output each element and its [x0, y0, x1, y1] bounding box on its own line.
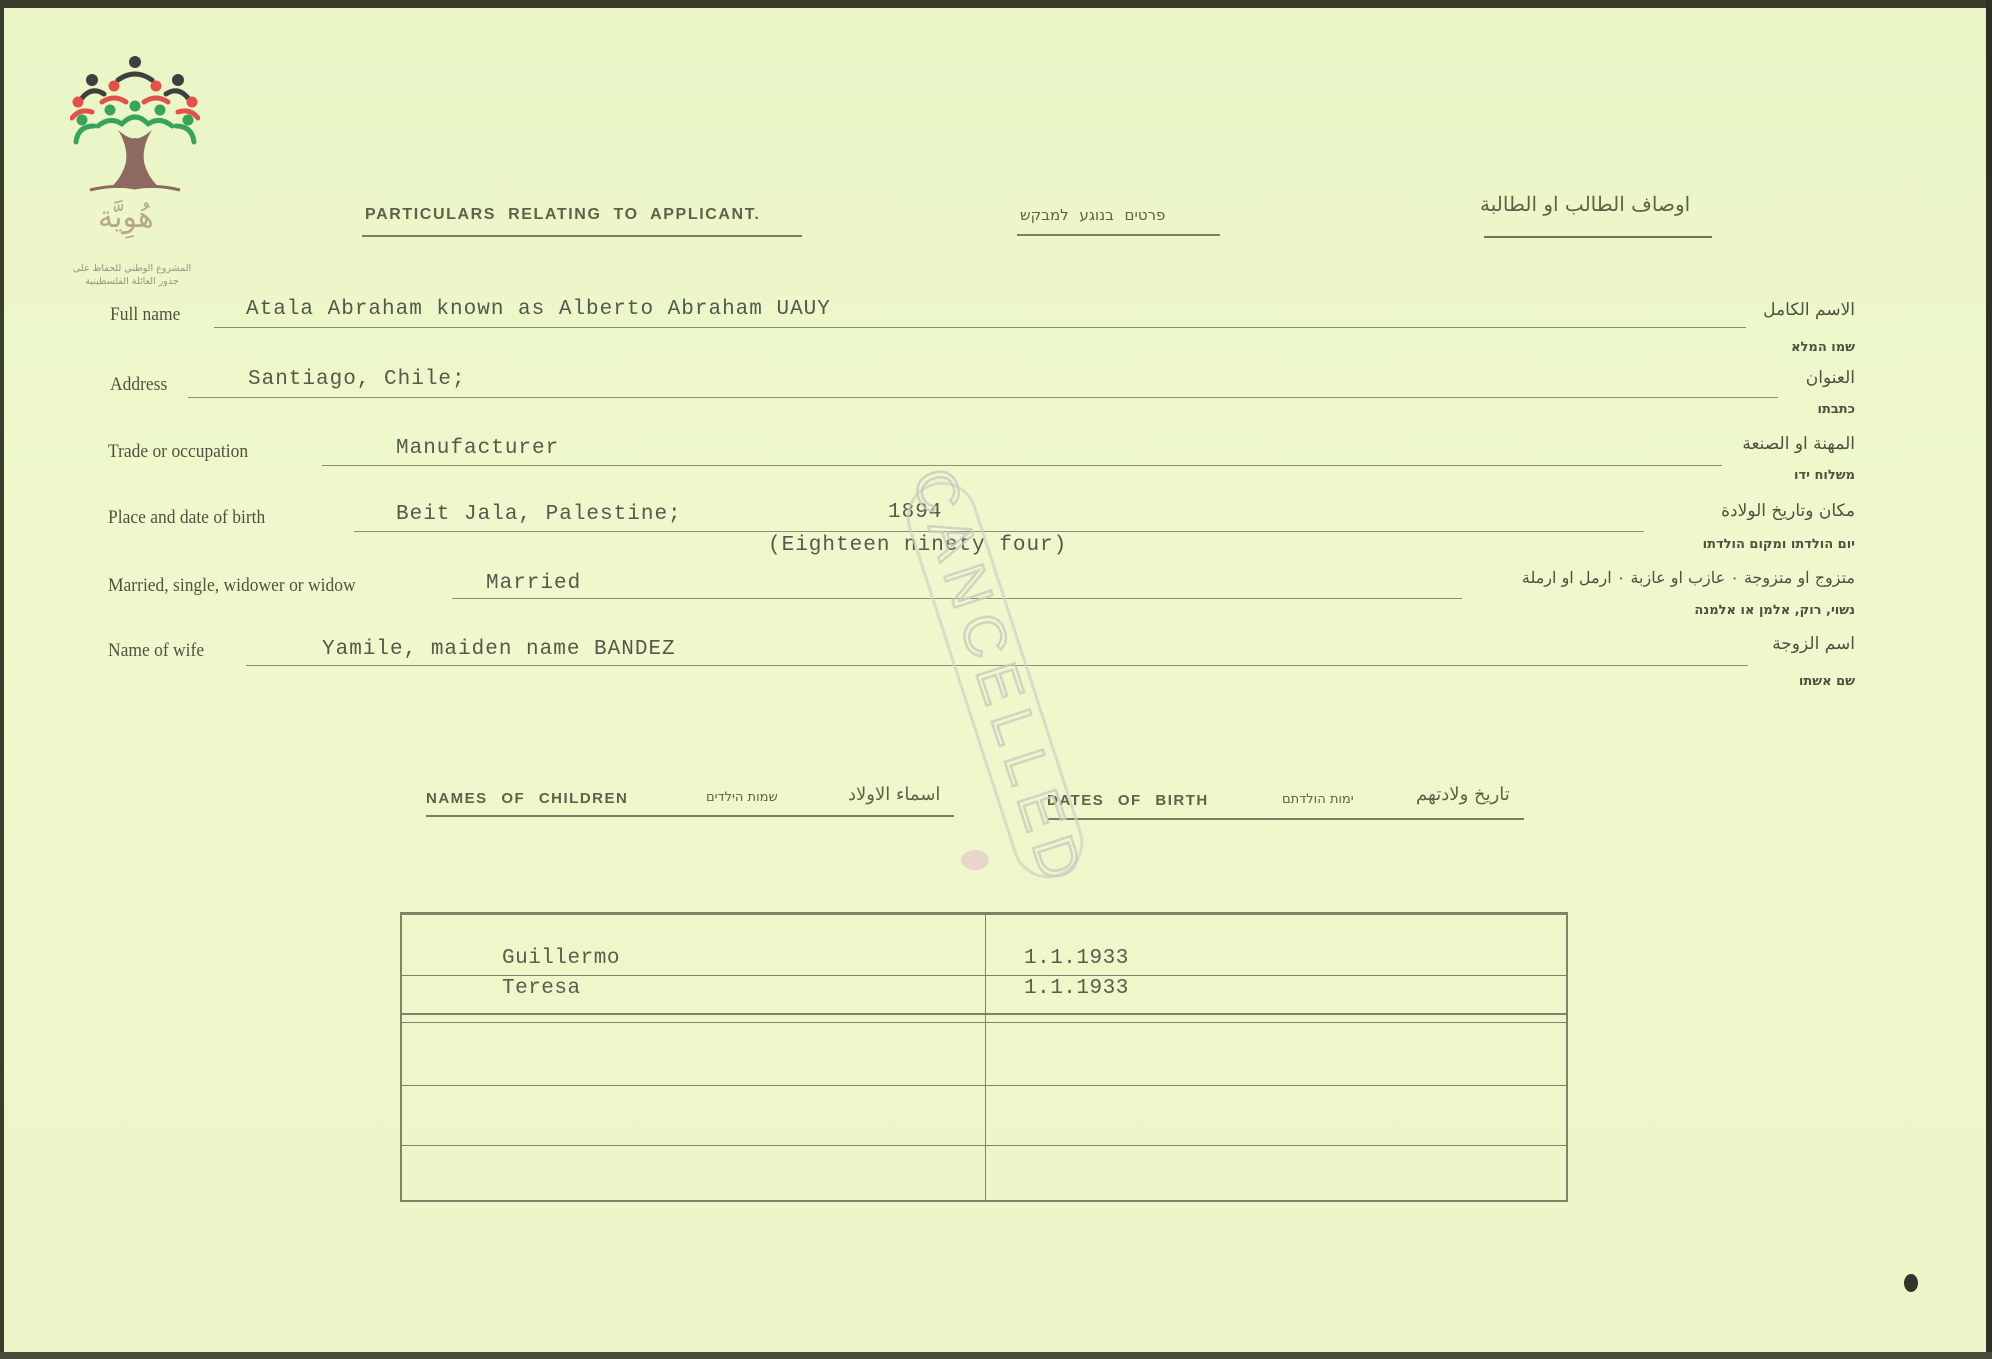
- marital-value: Married: [486, 572, 581, 595]
- marital-label-ar: متزوج او متزوجة ٠ عازب او عازبة ٠ ارمل ا…: [1430, 568, 1855, 587]
- marital-label: Married, single, widower or widow: [108, 575, 356, 597]
- ink-spot: [1904, 1274, 1918, 1292]
- table-row-divider: [402, 1013, 1566, 1015]
- names-of-children-header: NAMES OF CHILDREN: [426, 790, 628, 807]
- birth-place-value: Beit Jala, Palestine;: [396, 503, 682, 526]
- cancelled-stamp: CANCELLED: [875, 470, 1115, 890]
- scan-edge-bottom: [0, 1352, 1992, 1359]
- family-tree-logo-icon: [70, 50, 200, 205]
- occupation-label-he: משלוח ידו: [1640, 468, 1855, 483]
- dates-of-birth-header-he: ימות הולדתם: [1282, 792, 1354, 807]
- table-row-divider: [402, 1085, 1566, 1086]
- header-title-he: פרטים בנוגע למבקש: [1020, 206, 1165, 224]
- full-name-label-ar: الاسم الكامل: [1640, 300, 1855, 320]
- header-underline-he: [1017, 234, 1220, 236]
- address-rule: [188, 397, 1778, 398]
- wife-value: Yamile, maiden name BANDEZ: [322, 638, 676, 661]
- address-label-he: כתבתו: [1640, 402, 1855, 417]
- child-name-cell: Guillermo: [502, 947, 620, 970]
- header-title-ar: اوصاف الطالب او الطالبة: [1480, 192, 1690, 216]
- child-name-cell: Teresa: [502, 977, 581, 1000]
- address-label: Address: [110, 374, 167, 396]
- table-column-divider: [985, 915, 986, 1200]
- occupation-rule: [322, 465, 1722, 466]
- occupation-value: Manufacturer: [396, 437, 559, 460]
- logo-caption: المشروع الوطني للحفاظ على جذور العائلة ا…: [62, 262, 202, 288]
- occupation-label-ar: المهنة او الصنعة: [1640, 434, 1855, 454]
- full-name-label: Full name: [110, 304, 180, 326]
- dates-of-birth-header-ar: تاريخ ولادتهم: [1416, 784, 1510, 805]
- birth-label: Place and date of birth: [108, 507, 265, 529]
- table-row-divider: [402, 1022, 1566, 1023]
- header-underline-en: [362, 235, 802, 237]
- full-name-rule: [214, 327, 1746, 328]
- address-value: Santiago, Chile;: [248, 368, 466, 391]
- wife-label: Name of wife: [108, 640, 204, 662]
- svg-text:CANCELLED: CANCELLED: [900, 470, 1097, 890]
- header-title-en: PARTICULARS RELATING TO APPLICANT.: [365, 206, 760, 224]
- child-dob-cell: 1.1.1933: [1024, 977, 1129, 1000]
- birth-label-he: יום הולדתו ומקום הולדתו: [1580, 537, 1855, 552]
- header-underline-ar: [1484, 236, 1712, 238]
- table-row-divider: [402, 975, 1566, 976]
- occupation-label: Trade or occupation: [108, 441, 248, 463]
- marital-label-he: נשוי, רוק, אלמן או אלמנה: [1560, 603, 1855, 618]
- child-dob-cell: 1.1.1933: [1024, 947, 1129, 970]
- dates-header-underline: [1048, 818, 1524, 820]
- children-table: Guillermo 1.1.1933 Teresa 1.1.1933: [400, 912, 1568, 1202]
- scan-edge-right: [1986, 0, 1992, 1359]
- table-row-divider: [402, 1145, 1566, 1146]
- wife-label-ar: اسم الزوجة: [1640, 634, 1855, 654]
- birth-label-ar: مكان وتاريخ الولادة: [1600, 501, 1855, 521]
- logo-wordmark: هُوِيَّة: [98, 200, 154, 235]
- wife-label-he: שם אשתו: [1640, 674, 1855, 689]
- names-of-children-header-he: שמות הילדים: [706, 790, 778, 805]
- full-name-value: Atala Abraham known as Alberto Abraham U…: [246, 298, 831, 321]
- full-name-label-he: שמו המלא: [1640, 340, 1855, 355]
- address-label-ar: العنوان: [1640, 368, 1855, 388]
